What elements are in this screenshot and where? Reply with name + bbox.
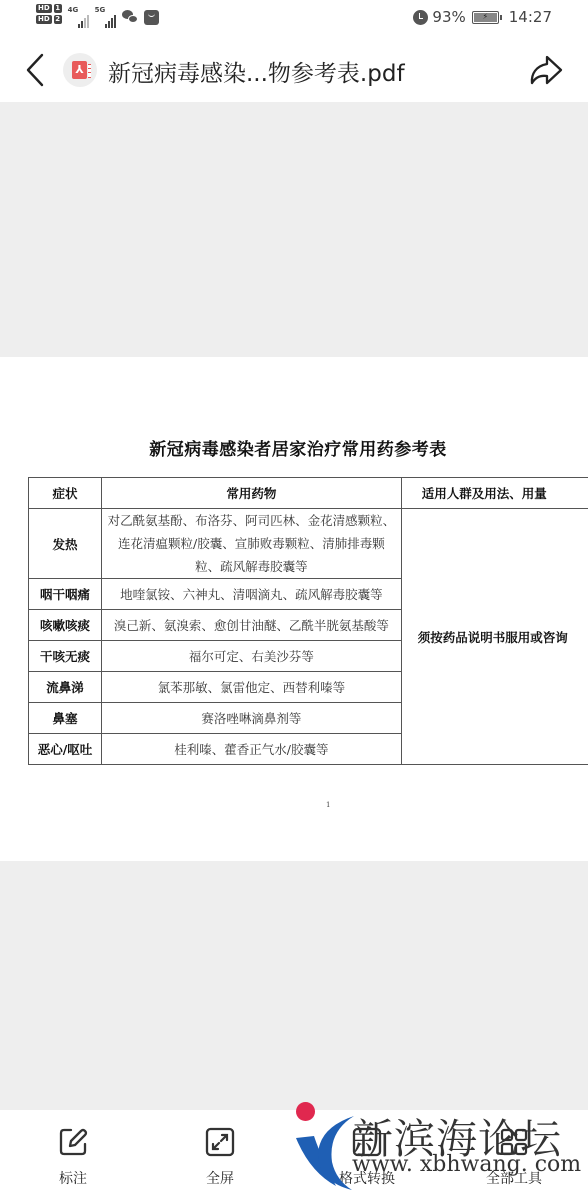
back-button[interactable] [20,52,50,88]
symptom-cell: 流鼻涕 [29,672,102,703]
sim-number: 1 [54,4,62,13]
status-left: HD 1 HD 2 4G 5G [36,4,159,34]
signal-bar [87,15,89,28]
document-title: 新冠病毒感染者居家治疗常用药参考表 [0,435,588,460]
network-type: 4G [68,6,79,14]
hd-sim1-icon: HD 1 [36,4,62,13]
pdf-page: 新冠病毒感染者居家治疗常用药参考表 症状 常用药物 适用人群及用法、用量 发热 … [0,357,588,861]
signal-5g-icon: 5G [95,6,116,28]
chevron-left-icon [20,52,50,88]
hd-label: HD [36,4,52,13]
symptom-cell: 鼻塞 [29,703,102,734]
clock: 14:27 [509,8,552,26]
signal-4g-icon: 4G [68,6,89,28]
sim-number: 2 [54,15,62,24]
signal-bar [111,18,113,28]
drugs-cell: 福尔可定、右美沙芬等 [102,641,402,672]
annotate-button[interactable]: 标注 [23,1110,123,1200]
file-title: 新冠病毒感染...物参考表.pdf [108,55,405,88]
signal-bar [78,24,80,28]
status-right: 93% ⚡ 14:27 [413,8,552,26]
table-row: 发热 对乙酰氨基酚、布洛芬、阿司匹林、金花清感颗粒、连花清瘟颗粒/胶囊、宣肺败毒… [29,509,588,579]
alarm-icon [413,10,428,25]
drugs-cell: 对乙酰氨基酚、布洛芬、阿司匹林、金花清感颗粒、连花清瘟颗粒/胶囊、宣肺败毒颗粒、… [102,509,402,579]
header-usage: 适用人群及用法、用量 [401,478,588,509]
app-notification-icon [144,10,159,25]
usage-cell: 须按药品说明书服用或咨询 [401,509,588,765]
page-number: 1 [326,801,330,809]
document-title-text: 新冠病毒感染者居家治疗常用药参考表 [149,435,447,460]
signal-bar [84,18,86,28]
battery-percent: 93% [432,8,465,26]
fullscreen-icon [204,1126,236,1158]
signal-bar [114,15,116,28]
signal-bar [108,21,110,28]
all-tools-button[interactable]: 全部工具 [464,1110,564,1200]
pdf-glyph: ⅄ [72,61,87,79]
format-convert-button[interactable]: 格式转换 [317,1110,417,1200]
hd-label: HD [36,15,52,24]
drugs-cell: 赛洛唑啉滴鼻剂等 [102,703,402,734]
fullscreen-button[interactable]: 全屏 [170,1110,270,1200]
table-header-row: 症状 常用药物 适用人群及用法、用量 [29,478,588,509]
drugs-cell: 地喹氯铵、六神丸、清咽滴丸、疏风解毒胶囊等 [102,579,402,610]
signal-bar [81,21,83,28]
header-drugs: 常用药物 [102,478,402,509]
symptom-cell: 咳嗽咳痰 [29,610,102,641]
all-tools-icon [498,1126,530,1158]
symptom-cell: 发热 [29,509,102,579]
signal-bar [105,24,107,28]
annotate-label: 标注 [23,1168,123,1188]
pdf-icon: ⅄ [63,53,97,87]
status-bar: HD 1 HD 2 4G 5G 93% ⚡ 14:27 [0,0,588,38]
edit-annotate-icon [57,1126,89,1158]
share-button[interactable] [527,53,565,87]
bottom-toolbar: 标注 全屏 格式转换 全部工具 [0,1110,588,1200]
title-bar: ⅄ 新冠病毒感染...物参考表.pdf [0,38,588,102]
header-symptom: 症状 [29,478,102,509]
format-convert-icon [351,1126,383,1158]
drugs-cell: 溴己新、氨溴索、愈创甘油醚、乙酰半胱氨基酸等 [102,610,402,641]
format-convert-label: 格式转换 [317,1168,417,1188]
drugs-cell: 桂利嗪、藿香正气水/胶囊等 [102,734,402,765]
fullscreen-label: 全屏 [170,1168,270,1188]
all-tools-label: 全部工具 [464,1168,564,1188]
sim-indicators: HD 1 HD 2 [36,4,62,24]
share-icon [527,53,565,87]
symptom-cell: 干咳无痰 [29,641,102,672]
pdf-viewer[interactable]: 新冠病毒感染者居家治疗常用药参考表 症状 常用药物 适用人群及用法、用量 发热 … [0,102,588,1110]
wechat-icon [122,10,138,24]
medicine-table: 症状 常用药物 适用人群及用法、用量 发热 对乙酰氨基酚、布洛芬、阿司匹林、金花… [28,477,588,765]
battery-charging-icon: ⚡ [472,11,499,24]
drugs-cell: 氯苯那敏、氯雷他定、西替利嗪等 [102,672,402,703]
hd-sim2-icon: HD 2 [36,15,62,24]
network-type: 5G [95,6,106,14]
symptom-cell: 咽干咽痛 [29,579,102,610]
symptom-cell: 恶心/呕吐 [29,734,102,765]
